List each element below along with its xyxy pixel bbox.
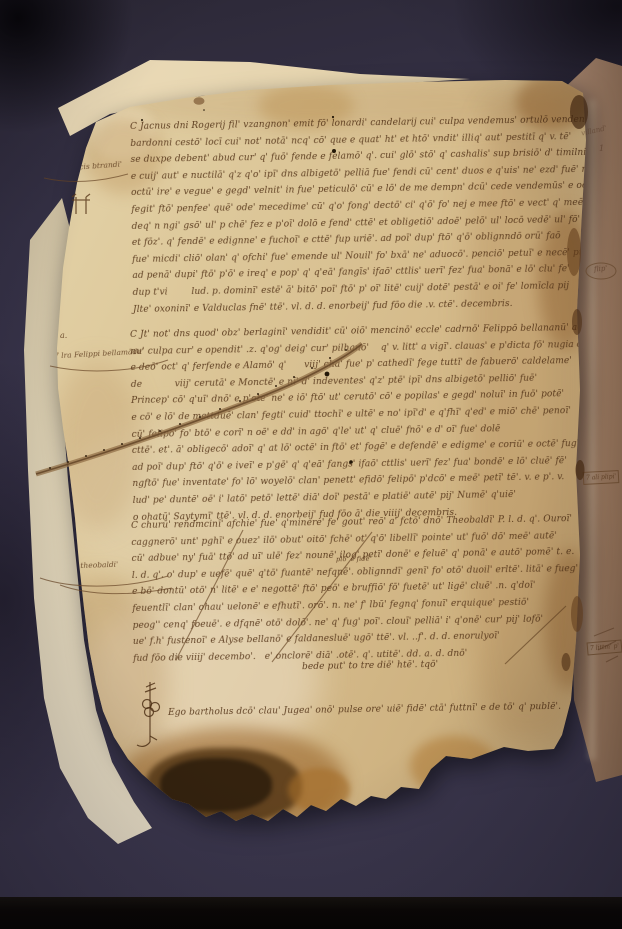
margin-note-g-mark: G: [60, 548, 66, 557]
entry-3-interlinear: plō' e fidē': [336, 555, 372, 564]
margin-note-flip: flip': [594, 264, 608, 273]
margin-note-solvit-box-2: 7 lr': [14, 559, 33, 573]
big-stain-dark: [160, 758, 272, 812]
entry-1: C Jacnus dni Rogerij fil' vzangnon' emit…: [130, 115, 588, 321]
entry-3: C churū' rendmcinī' afchie' fue' q'miner…: [131, 514, 588, 670]
entry-2: C Jt' not' dns quod' obz' berlaginī' ven…: [130, 323, 588, 529]
manuscript-line: Ego bartholus dcō' clau' Jugea' onō' pul…: [168, 702, 568, 725]
margin-note-theobaldi: 7 lra dni theobaldi': [46, 560, 118, 572]
big-stain-halo: [120, 728, 346, 836]
stain-bottom-right: [410, 736, 498, 796]
main-folio-wrap: C Jacnus dni Rogerij fil' vzangnon' emit…: [0, 0, 622, 929]
main-folio: C Jacnus dni Rogerij fil' vzangnon' emit…: [0, 0, 622, 929]
notarial-subscription: Ego bartholus dcō' clau' Jugea' onō' pul…: [168, 702, 568, 725]
big-stain-core: [146, 748, 302, 824]
big-stain-splash: [288, 768, 350, 812]
margin-note-pacis-bertrandi: 7 lra pacis btrandi': [50, 159, 123, 173]
margin-note-one: 1: [599, 144, 604, 153]
stain-left-mid: [52, 360, 142, 530]
margin-note-a-mark: a.: [60, 331, 67, 340]
table-edge-shadow: [0, 897, 622, 929]
manuscript-photo: C Jacnus dni Rogerij fil' vzangnon' emit…: [0, 0, 622, 929]
entry-3-subscript: bede put' to tre diē' htē'. tqō': [302, 660, 438, 672]
margin-note-solvit-box-1: c' solt': [20, 345, 46, 359]
margin-note-ali-plipi: 7 ali plipi': [583, 470, 620, 485]
